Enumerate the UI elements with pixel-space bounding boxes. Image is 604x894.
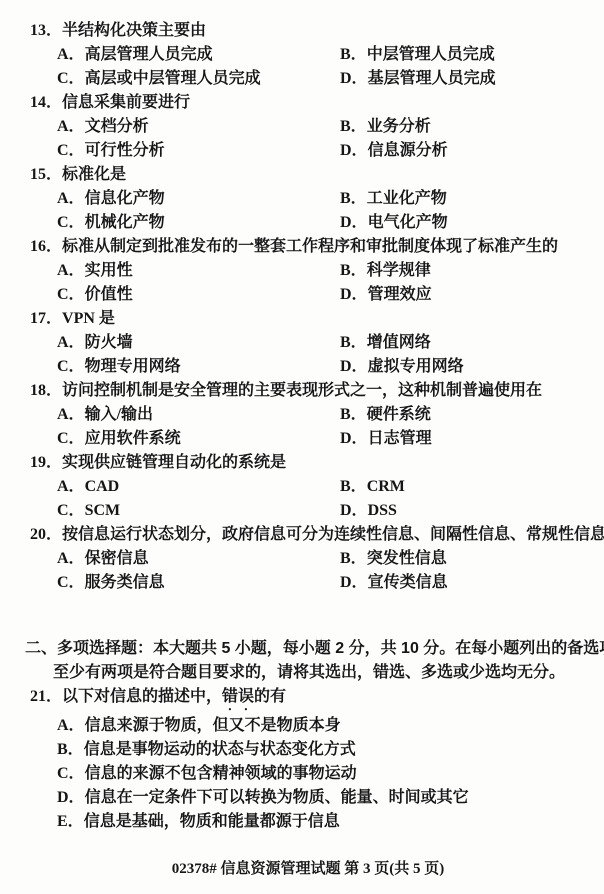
- option-label: A．: [57, 115, 85, 139]
- option-c: C．SCM: [57, 499, 340, 523]
- option-label: A．: [57, 714, 85, 738]
- question-text-pre: 以下对信息的描述中，: [62, 688, 222, 705]
- section-title-text: 多项选择题：本大题共 5 小题，每小题 2 分，共 10 分。在每小题列出的备选…: [57, 640, 604, 657]
- question-text: 实现供应链管理自动化的系统是: [62, 454, 286, 471]
- section-number: 二、: [25, 637, 57, 661]
- option-label: A．: [57, 403, 85, 427]
- option-label: C．: [57, 355, 85, 379]
- option-label: C．: [57, 499, 85, 523]
- question-number: 17．: [30, 307, 62, 331]
- option-label: B．: [340, 43, 367, 67]
- option-text: 输入/输出: [85, 406, 153, 423]
- option-label: D．: [340, 499, 368, 523]
- option-d: D．虚拟专用网络: [340, 355, 586, 379]
- option-text: 中层管理人员完成: [367, 46, 495, 63]
- option-text: 信息是基础，物质和能量都源于信息: [84, 813, 340, 830]
- single-choice-questions: 13．半结构化决策主要由 A．高层管理人员完成 B．中层管理人员完成 C．高层或…: [30, 19, 586, 595]
- question-18: 18．访问控制机制是安全管理的主要表现形式之一，这种机制普遍使用在 A．输入/输…: [30, 379, 586, 451]
- option-d: D．宣传类信息: [340, 571, 586, 595]
- question-14: 14．信息采集前要进行 A．文档分析 B．业务分析 C．可行性分析 D．信息源分…: [30, 91, 586, 163]
- option-text: 高层管理人员完成: [85, 46, 213, 63]
- options-row: A．防火墙 B．增值网络: [30, 331, 586, 355]
- option-d: D．DSS: [340, 499, 586, 523]
- question-line: 20．按信息运行状态划分，政府信息可分为连续性信息、间隔性信息、常规性信息和: [30, 523, 586, 547]
- option-e: E．信息是基础，物质和能量都源于信息: [57, 810, 586, 834]
- option-b: B．信息是事物运动的状态与状态变化方式: [57, 738, 586, 762]
- question-20: 20．按信息运行状态划分，政府信息可分为连续性信息、间隔性信息、常规性信息和 A…: [30, 523, 586, 595]
- section-header-line2: 至少有两项是符合题目要求的，请将其选出，错选、多选或少选均无分。: [53, 661, 586, 685]
- option-label: C．: [57, 211, 85, 235]
- option-label: B．: [57, 738, 84, 762]
- option-a: A．输入/输出: [57, 403, 340, 427]
- option-label: A．: [57, 475, 85, 499]
- option-b: B．科学规律: [340, 259, 586, 283]
- option-a: A．保密信息: [57, 547, 340, 571]
- option-d: D．基层管理人员完成: [340, 67, 586, 91]
- option-a: A．信息来源于物质，但又不是物质本身: [57, 714, 586, 738]
- option-d: D．信息在一定条件下可以转换为物质、能量、时间或其它: [57, 786, 586, 810]
- option-label: C．: [57, 427, 85, 451]
- option-label: C．: [57, 67, 85, 91]
- page-footer: 02378# 信息资源管理试题 第 3 页(共 5 页): [30, 858, 586, 880]
- option-label: A．: [57, 547, 85, 571]
- options-row: A．保密信息 B．突发性信息: [30, 547, 586, 571]
- option-text: 工业化产物: [367, 190, 447, 207]
- option-label: B．: [340, 475, 367, 499]
- option-text: 信息的来源不包含精神领域的事物运动: [85, 765, 357, 782]
- option-text: 硬件系统: [367, 406, 431, 423]
- option-text: SCM: [85, 502, 121, 519]
- option-text: 管理效应: [368, 286, 432, 303]
- option-b: B．CRM: [340, 475, 586, 499]
- option-text: 宣传类信息: [368, 574, 448, 591]
- question-line: 13．半结构化决策主要由: [30, 19, 586, 43]
- question-16: 16．标准从制定到批准发布的一整套工作程序和审批制度体现了标准产生的 A．实用性…: [30, 235, 586, 307]
- options-row: A．输入/输出 B．硬件系统: [30, 403, 586, 427]
- option-text: 服务类信息: [85, 574, 165, 591]
- options-row: A．文档分析 B．业务分析: [30, 115, 586, 139]
- option-label: B．: [340, 259, 367, 283]
- option-label: B．: [340, 331, 367, 355]
- option-label: B．: [340, 547, 367, 571]
- option-label: C．: [57, 762, 85, 786]
- option-c: C．机械化产物: [57, 211, 340, 235]
- options-row: C．SCM D．DSS: [30, 499, 586, 523]
- option-text: 实用性: [85, 262, 133, 279]
- question-line: 18．访问控制机制是安全管理的主要表现形式之一，这种机制普遍使用在: [30, 379, 586, 403]
- options-row: A．CAD B．CRM: [30, 475, 586, 499]
- options-row: C．可行性分析 D．信息源分析: [30, 139, 586, 163]
- option-text: 科学规律: [367, 262, 431, 279]
- option-b: B．工业化产物: [340, 187, 586, 211]
- option-label: A．: [57, 43, 85, 67]
- option-text: 机械化产物: [85, 214, 165, 231]
- option-label: D．: [57, 786, 85, 810]
- exam-page: 13．半结构化决策主要由 A．高层管理人员完成 B．中层管理人员完成 C．高层或…: [0, 0, 604, 880]
- option-c: C．应用软件系统: [57, 427, 340, 451]
- question-number: 18．: [30, 379, 62, 403]
- option-text: 电气化产物: [368, 214, 448, 231]
- question-number: 21．: [30, 685, 62, 709]
- option-text: DSS: [368, 502, 397, 519]
- question-21: 21．以下对信息的描述中，错误的有 A．信息来源于物质，但又不是物质本身 B．信…: [30, 685, 586, 834]
- option-c: C．信息的来源不包含精神领域的事物运动: [57, 762, 586, 786]
- option-c: C．高层或中层管理人员完成: [57, 67, 340, 91]
- section-header-line1: 二、多项选择题：本大题共 5 小题，每小题 2 分，共 10 分。在每小题列出的…: [25, 637, 586, 661]
- option-text: CRM: [367, 478, 405, 495]
- question-text: 信息采集前要进行: [62, 94, 190, 111]
- option-d: D．日志管理: [340, 427, 586, 451]
- option-label: D．: [340, 67, 368, 91]
- question-13: 13．半结构化决策主要由 A．高层管理人员完成 B．中层管理人员完成 C．高层或…: [30, 19, 586, 91]
- option-label: D．: [340, 211, 368, 235]
- options-row: C．机械化产物 D．电气化产物: [30, 211, 586, 235]
- options-row: A．信息化产物 B．工业化产物: [30, 187, 586, 211]
- options-row: C．物理专用网络 D．虚拟专用网络: [30, 355, 586, 379]
- option-text: 物理专用网络: [85, 358, 181, 375]
- question-text-post: 的有: [254, 688, 286, 705]
- options-row: A．实用性 B．科学规律: [30, 259, 586, 283]
- option-a: A．高层管理人员完成: [57, 43, 340, 67]
- option-b: B．增值网络: [340, 331, 586, 355]
- option-label: D．: [340, 139, 368, 163]
- section-header: 二、多项选择题：本大题共 5 小题，每小题 2 分，共 10 分。在每小题列出的…: [30, 637, 586, 685]
- question-15: 15．标准化是 A．信息化产物 B．工业化产物 C．机械化产物 D．电气化产物: [30, 163, 586, 235]
- option-text: 信息化产物: [85, 190, 165, 207]
- question-text: 按信息运行状态划分，政府信息可分为连续性信息、间隔性信息、常规性信息和: [62, 526, 604, 543]
- question-number: 20．: [30, 523, 62, 547]
- question-number: 13．: [30, 19, 62, 43]
- option-text: 信息是事物运动的状态与状态变化方式: [84, 741, 356, 758]
- option-text: 价值性: [85, 286, 133, 303]
- question-line: 16．标准从制定到批准发布的一整套工作程序和审批制度体现了标准产生的: [30, 235, 586, 259]
- option-text: 高层或中层管理人员完成: [85, 70, 261, 87]
- option-b: B．中层管理人员完成: [340, 43, 586, 67]
- question-text: VPN 是: [62, 310, 115, 327]
- option-label: D．: [340, 571, 368, 595]
- option-label: D．: [340, 355, 368, 379]
- question-19: 19．实现供应链管理自动化的系统是 A．CAD B．CRM C．SCM D．DS…: [30, 451, 586, 523]
- question-line: 21．以下对信息的描述中，错误的有: [30, 685, 586, 714]
- option-label: C．: [57, 571, 85, 595]
- option-d: D．管理效应: [340, 283, 586, 307]
- option-a: A．信息化产物: [57, 187, 340, 211]
- options-row: C．服务类信息 D．宣传类信息: [30, 571, 586, 595]
- option-c: C．服务类信息: [57, 571, 340, 595]
- question-text: 标准化是: [62, 166, 126, 183]
- option-label: A．: [57, 331, 85, 355]
- options-row: A．高层管理人员完成 B．中层管理人员完成: [30, 43, 586, 67]
- option-label: C．: [57, 283, 85, 307]
- multi-choice-section: 二、多项选择题：本大题共 5 小题，每小题 2 分，共 10 分。在每小题列出的…: [30, 637, 586, 834]
- option-label: B．: [340, 187, 367, 211]
- question-text: 以下对信息的描述中，错误的有: [62, 688, 286, 705]
- option-text: CAD: [85, 478, 120, 495]
- option-text: 信息来源于物质，但又不是物质本身: [85, 717, 341, 734]
- option-d: D．信息源分析: [340, 139, 586, 163]
- question-number: 14．: [30, 91, 62, 115]
- option-text: 增值网络: [367, 334, 431, 351]
- options-row: C．应用软件系统 D．日志管理: [30, 427, 586, 451]
- question-line: 17．VPN 是: [30, 307, 586, 331]
- question-number: 15．: [30, 163, 62, 187]
- question-17: 17．VPN 是 A．防火墙 B．增值网络 C．物理专用网络 D．虚拟专用网络: [30, 307, 586, 379]
- question-number: 16．: [30, 235, 62, 259]
- option-label: A．: [57, 187, 85, 211]
- question-text: 半结构化决策主要由: [62, 22, 206, 39]
- option-text: 保密信息: [85, 550, 149, 567]
- option-a: A．实用性: [57, 259, 340, 283]
- options-row: C．高层或中层管理人员完成 D．基层管理人员完成: [30, 67, 586, 91]
- option-label: E．: [57, 810, 84, 834]
- option-text: 突发性信息: [367, 550, 447, 567]
- option-text: 可行性分析: [85, 142, 165, 159]
- option-text: 业务分析: [367, 118, 431, 135]
- question-text: 访问控制机制是安全管理的主要表现形式之一，这种机制普遍使用在: [62, 382, 542, 399]
- option-text: 信息在一定条件下可以转换为物质、能量、时间或其它: [85, 789, 469, 806]
- option-d: D．电气化产物: [340, 211, 586, 235]
- question-line: 15．标准化是: [30, 163, 586, 187]
- option-c: C．物理专用网络: [57, 355, 340, 379]
- option-text: 防火墙: [85, 334, 133, 351]
- option-text: 基层管理人员完成: [368, 70, 496, 87]
- option-label: B．: [340, 403, 367, 427]
- option-a: A．CAD: [57, 475, 340, 499]
- question-line: 14．信息采集前要进行: [30, 91, 586, 115]
- option-text: 文档分析: [85, 118, 149, 135]
- option-text: 信息源分析: [368, 142, 448, 159]
- option-label: D．: [340, 427, 368, 451]
- options-row: C．价值性 D．管理效应: [30, 283, 586, 307]
- question-text: 标准从制定到批准发布的一整套工作程序和审批制度体现了标准产生的: [62, 238, 558, 255]
- option-text: 应用软件系统: [85, 430, 181, 447]
- option-c: C．价值性: [57, 283, 340, 307]
- option-text: 日志管理: [368, 430, 432, 447]
- option-label: A．: [57, 259, 85, 283]
- option-b: B．业务分析: [340, 115, 586, 139]
- question-number: 19．: [30, 451, 62, 475]
- option-text: 虚拟专用网络: [368, 358, 464, 375]
- option-c: C．可行性分析: [57, 139, 340, 163]
- option-b: B．突发性信息: [340, 547, 586, 571]
- question-text-emphasis: 错误: [222, 688, 254, 705]
- option-a: A．防火墙: [57, 331, 340, 355]
- option-b: B．硬件系统: [340, 403, 586, 427]
- option-label: B．: [340, 115, 367, 139]
- question-line: 19．实现供应链管理自动化的系统是: [30, 451, 586, 475]
- option-a: A．文档分析: [57, 115, 340, 139]
- option-label: D．: [340, 283, 368, 307]
- option-label: C．: [57, 139, 85, 163]
